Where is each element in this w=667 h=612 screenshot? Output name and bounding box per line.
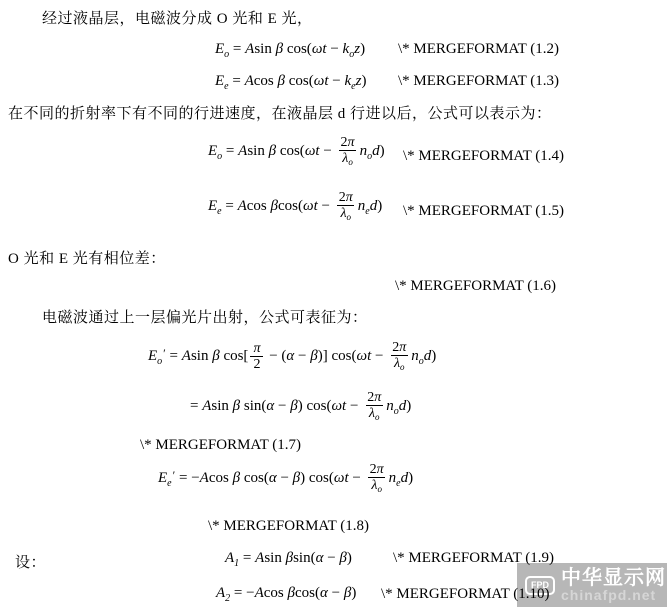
equation-label-1-4: \* MERGEFORMAT (1.4): [403, 148, 564, 165]
paragraph-intro: 经过液晶层，电磁波分成 O 光和 E 光，: [42, 7, 313, 28]
equation-1-8: Ee′ = −Acos β cos(α − β) cos(ωt − 2πλone…: [158, 462, 413, 495]
equation-label-1-8: \* MERGEFORMAT (1.8): [208, 518, 369, 535]
paragraph-let: 设：: [15, 551, 46, 572]
equation-label-1-9: \* MERGEFORMAT (1.9): [393, 550, 554, 567]
equation-1-4: Eo = Asin β cos(ωt − 2πλonod): [208, 135, 385, 168]
equation-1-3: Ee = Acos β cos(ωt − kez): [215, 73, 366, 92]
equation-1-2: Eo = Asin β cos(ωt − koz): [215, 41, 365, 60]
equation-1-5: Ee = Acos βcos(ωt − 2πλoned): [208, 190, 382, 223]
watermark-site-name: 中华显示网: [561, 568, 666, 588]
equation-label-1-5: \* MERGEFORMAT (1.5): [403, 203, 564, 220]
equation-label-1-2: \* MERGEFORMAT (1.2): [398, 41, 559, 58]
paragraph-refraction: 在不同的折射率下有不同的行进速度，在液晶层 d 行进以后，公式可以表示为：: [8, 102, 552, 123]
equation-label-1-3: \* MERGEFORMAT (1.3): [398, 73, 559, 90]
paragraph-phase: O 光和 E 光有相位差：: [8, 247, 166, 268]
equation-1-9: A1 = Asin βsin(α − β): [225, 550, 352, 569]
equation-label-1-7: \* MERGEFORMAT (1.7): [140, 437, 301, 454]
equation-label-1-6: \* MERGEFORMAT (1.6): [395, 278, 556, 295]
equation-1-7-line2: = Asin β sin(α − β) cos(ωt − 2πλonod): [190, 390, 411, 423]
document-page: 经过液晶层，电磁波分成 O 光和 E 光， Eo = Asin β cos(ωt…: [0, 0, 667, 612]
equation-label-1-10: \* MERGEFORMAT (1.10): [381, 586, 550, 603]
watermark-site-url: chinafpd.net: [561, 588, 666, 602]
equation-1-7-line1: Eo′ = Asin β cos[π2 − (α − β)] cos(ωt − …: [148, 340, 436, 373]
equation-1-10: A2 = −Acos βcos(α − β): [216, 585, 356, 604]
paragraph-polarizer: 电磁波通过上一层偏光片出射，公式可表征为：: [42, 306, 368, 327]
